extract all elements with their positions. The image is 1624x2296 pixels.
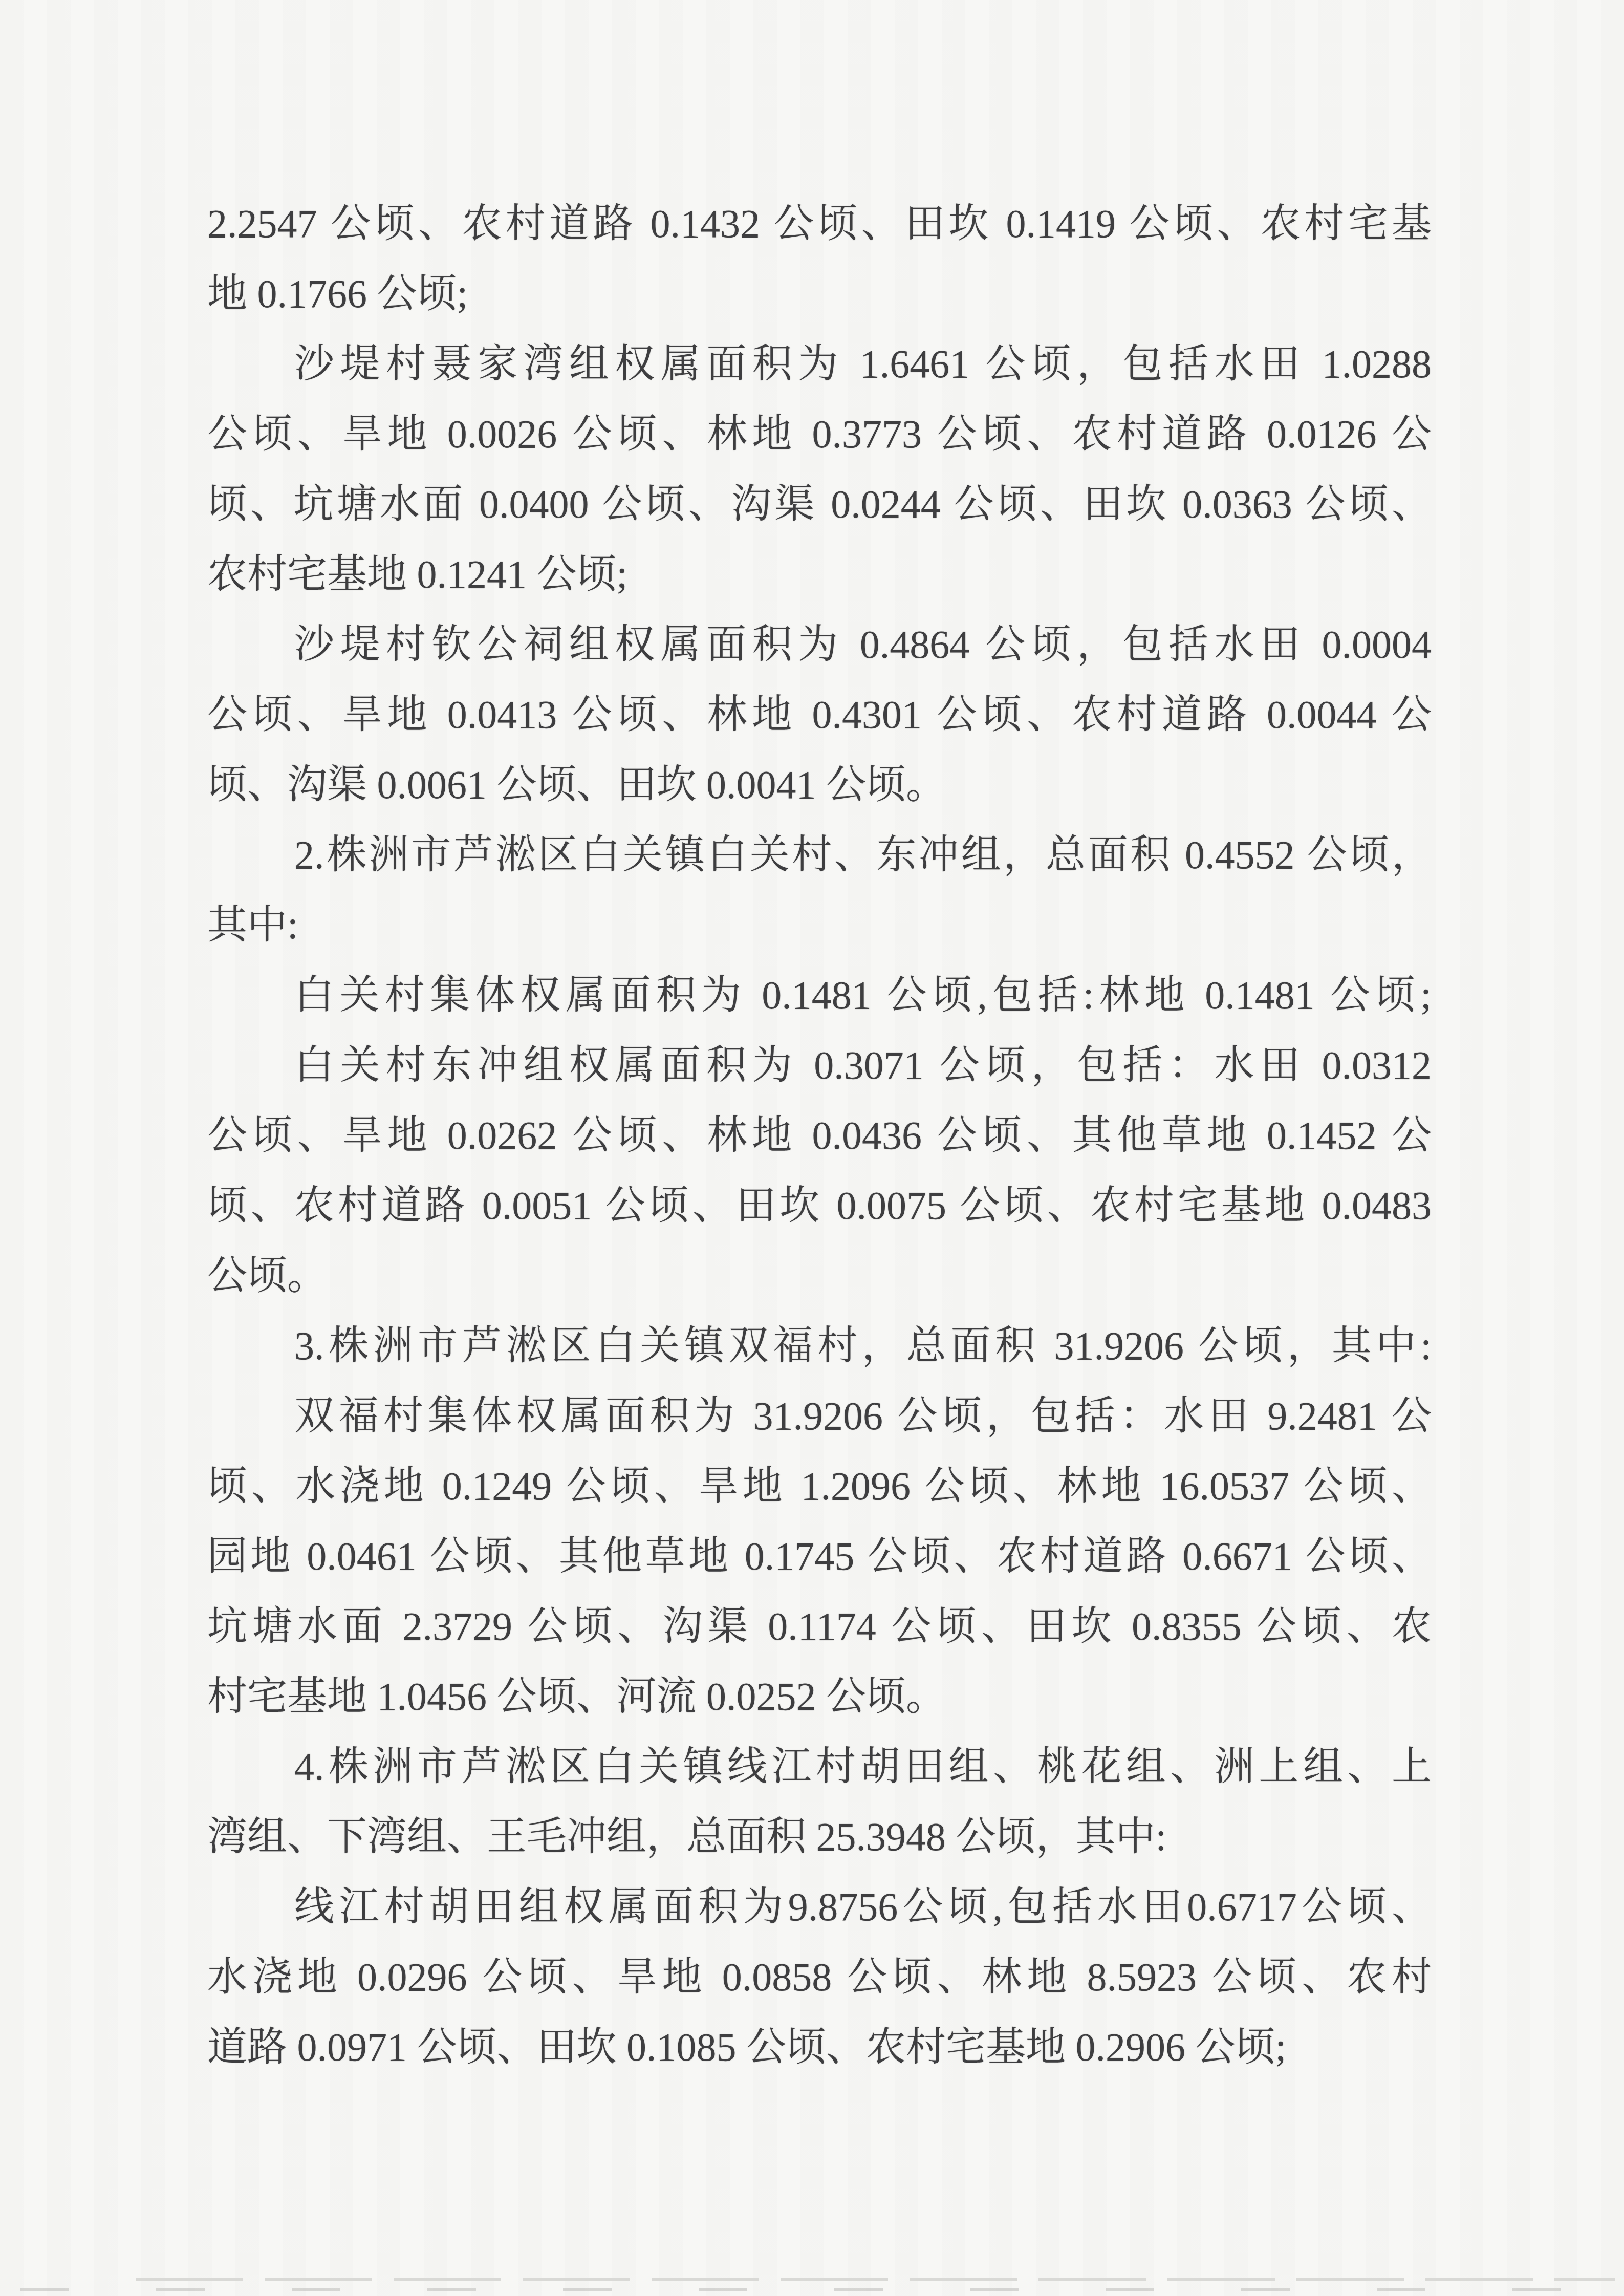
text-line: 顷、坑塘水面 0.0400 公顷、沟渠 0.0244 公顷、田坎 0.0363 … bbox=[207, 469, 1432, 539]
text-line: 顷、水浇地 0.1249 公顷、旱地 1.2096 公顷、林地 16.0537 … bbox=[207, 1451, 1432, 1521]
text-line: 坑塘水面 2.3729 公顷、沟渠 0.1174 公顷、田坎 0.8355 公顷… bbox=[207, 1591, 1432, 1661]
paragraph-item-2: 2.株洲市芦淞区白关镇白关村、东冲组，总面积 0.4552 公顷， 其中: bbox=[207, 820, 1432, 960]
text-line: 公顷、旱地 0.0262 公顷、林地 0.0436 公顷、其他草地 0.1452… bbox=[207, 1100, 1432, 1170]
text-line: 公顷、旱地 0.0413 公顷、林地 0.4301 公顷、农村道路 0.0044… bbox=[207, 679, 1432, 749]
paragraph-shadicun-qingongci: 沙堤村钦公祠组权属面积为 0.4864 公顷，包括水田 0.0004 公顷、旱地… bbox=[207, 609, 1432, 820]
paragraph-baiguancun-dongchong: 白关村东冲组权属面积为 0.3071 公顷，包括：水田 0.0312 公顷、旱地… bbox=[207, 1030, 1432, 1311]
text-line: 沙堤村钦公祠组权属面积为 0.4864 公顷，包括水田 0.0004 bbox=[207, 609, 1432, 679]
text-line: 线江村胡田组权属面积为9.8756公顷,包括水田0.6717公顷、 bbox=[207, 1872, 1432, 1942]
text-line: 顷、农村道路 0.0051 公顷、田坎 0.0075 公顷、农村宅基地 0.04… bbox=[207, 1170, 1432, 1240]
text-line: 地 0.1766 公顷; bbox=[207, 259, 1432, 329]
text-line: 湾组、下湾组、王毛冲组，总面积 25.3948 公顷，其中: bbox=[207, 1801, 1432, 1872]
paragraph-shuangfucun-collective: 双福村集体权属面积为 31.9206 公顷，包括：水田 9.2481 公 顷、水… bbox=[207, 1381, 1432, 1731]
text-line: 白关村东冲组权属面积为 0.3071 公顷，包括：水田 0.0312 bbox=[207, 1030, 1432, 1100]
paper-edge-shadow-line bbox=[136, 2278, 1615, 2281]
paragraph-item-3: 3.株洲市芦淞区白关镇双福村，总面积 31.9206 公顷，其中: bbox=[207, 1311, 1432, 1381]
text-line: 沙堤村聂家湾组权属面积为 1.6461 公顷，包括水田 1.0288 bbox=[207, 329, 1432, 399]
document-text-block: 2.2547 公顷、农村道路 0.1432 公顷、田坎 0.1419 公顷、农村… bbox=[207, 188, 1432, 2082]
text-line: 2.株洲市芦淞区白关镇白关村、东冲组，总面积 0.4552 公顷， bbox=[207, 820, 1432, 890]
paragraph-item-4: 4.株洲市芦淞区白关镇线江村胡田组、桃花组、洲上组、上 湾组、下湾组、王毛冲组，… bbox=[207, 1731, 1432, 1872]
text-line: 双福村集体权属面积为 31.9206 公顷，包括：水田 9.2481 公 bbox=[207, 1381, 1432, 1451]
paper-edge-shadow-dashes bbox=[20, 2288, 1618, 2291]
paragraph-baiguancun-collective: 白关村集体权属面积为 0.1481 公顷,包括:林地 0.1481 公顷; bbox=[207, 960, 1432, 1030]
text-line: 4.株洲市芦淞区白关镇线江村胡田组、桃花组、洲上组、上 bbox=[207, 1731, 1432, 1801]
text-line: 农村宅基地 0.1241 公顷; bbox=[207, 539, 1432, 609]
paragraph-continuation: 2.2547 公顷、农村道路 0.1432 公顷、田坎 0.1419 公顷、农村… bbox=[207, 188, 1432, 329]
text-line: 园地 0.0461 公顷、其他草地 0.1745 公顷、农村道路 0.6671 … bbox=[207, 1521, 1432, 1591]
text-line: 顷、沟渠 0.0061 公顷、田坎 0.0041 公顷。 bbox=[207, 749, 1432, 820]
text-line: 3.株洲市芦淞区白关镇双福村，总面积 31.9206 公顷，其中: bbox=[207, 1311, 1432, 1381]
text-line: 白关村集体权属面积为 0.1481 公顷,包括:林地 0.1481 公顷; bbox=[207, 960, 1432, 1030]
text-line: 其中: bbox=[207, 890, 1432, 960]
text-line: 水浇地 0.0296 公顷、旱地 0.0858 公顷、林地 8.5923 公顷、… bbox=[207, 1942, 1432, 2012]
paragraph-shadicun-niejiawan: 沙堤村聂家湾组权属面积为 1.6461 公顷，包括水田 1.0288 公顷、旱地… bbox=[207, 329, 1432, 609]
text-line: 公顷。 bbox=[207, 1240, 1432, 1311]
paragraph-xianjiangcun-hutian: 线江村胡田组权属面积为9.8756公顷,包括水田0.6717公顷、 水浇地 0.… bbox=[207, 1872, 1432, 2082]
text-line: 村宅基地 1.0456 公顷、河流 0.0252 公顷。 bbox=[207, 1661, 1432, 1731]
text-line: 2.2547 公顷、农村道路 0.1432 公顷、田坎 0.1419 公顷、农村… bbox=[207, 188, 1432, 259]
text-line: 公顷、旱地 0.0026 公顷、林地 0.3773 公顷、农村道路 0.0126… bbox=[207, 399, 1432, 469]
text-line: 道路 0.0971 公顷、田坎 0.1085 公顷、农村宅基地 0.2906 公… bbox=[207, 2012, 1432, 2082]
scanned-document-page: 2.2547 公顷、农村道路 0.1432 公顷、田坎 0.1419 公顷、农村… bbox=[0, 0, 1624, 2296]
